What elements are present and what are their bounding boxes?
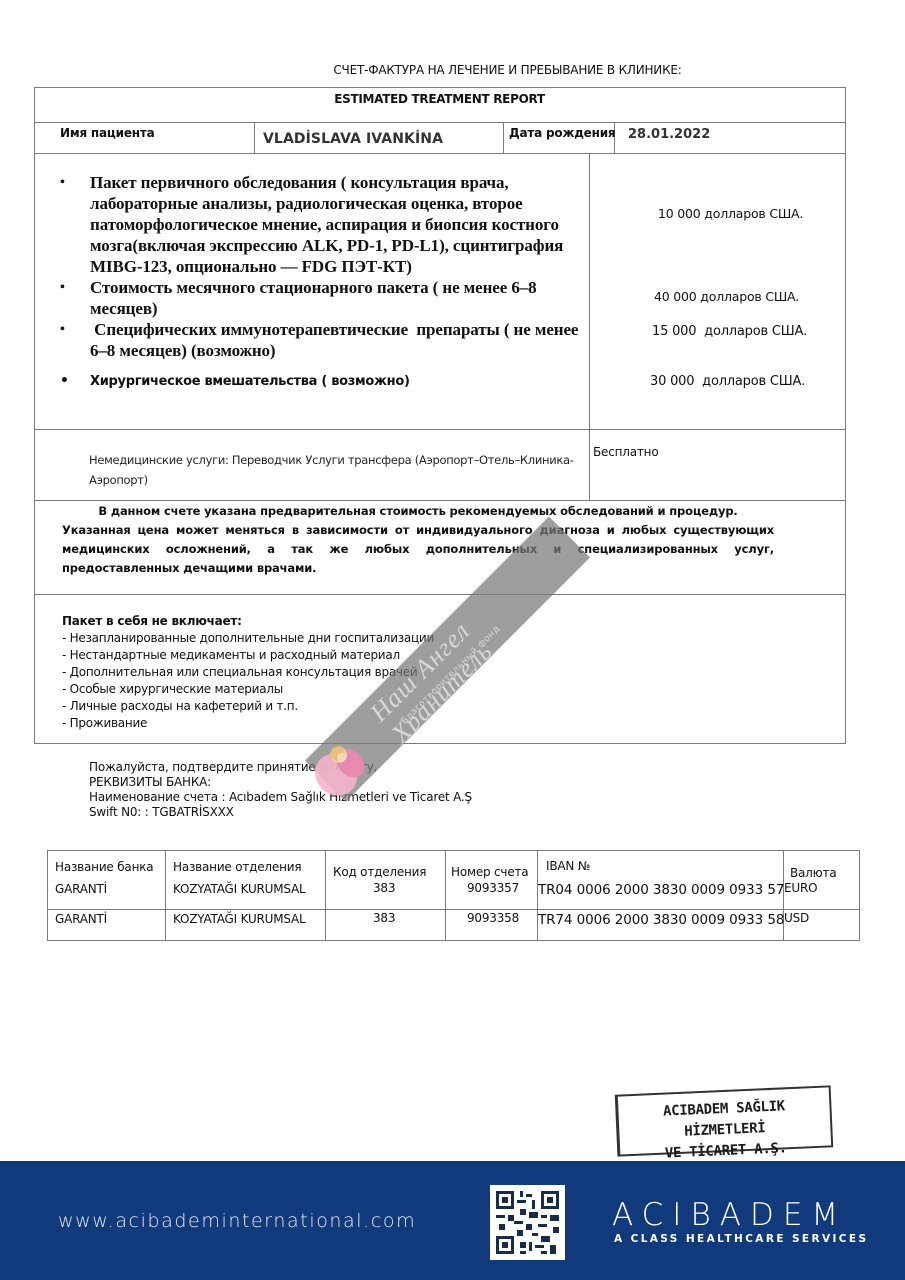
- bank-table: Название банка Название отделения Код от…: [47, 850, 860, 940]
- qr-code-graphic: [490, 1185, 565, 1260]
- disclaimer-rest: Указанная цена может меняться в зависимо…: [62, 523, 774, 575]
- table-divider: [589, 153, 590, 500]
- bank-heading: РЕКВИЗИТЫ БАНКА:: [89, 775, 472, 790]
- table-divider: [34, 500, 846, 501]
- exclusion-item: - Особые хирургические материалы: [62, 681, 434, 698]
- exclusion-item: - Нестандартные медикаменты и расходный …: [62, 647, 434, 664]
- bank-cell: EURO: [784, 881, 817, 895]
- exclusions: Пакет в себя не включает: - Незапланиров…: [62, 613, 434, 732]
- non-medical-services: Немедицинские услуги: Переводчик Услуги …: [89, 450, 579, 490]
- bank-cell: GARANTİ: [55, 912, 107, 926]
- non-medical-price: Бесплатно: [593, 445, 658, 459]
- bank-info: Пожалуйста, подтвердите принятие и оплат…: [89, 760, 472, 820]
- bank-table-divider: [165, 850, 166, 941]
- bank-table-header: Номер счета: [451, 865, 528, 879]
- account-name: Наименование счета : Acıbadem Sağlık Hiz…: [89, 790, 472, 805]
- bank-cell-iban: TR04 0006 2000 3830 0009 0933 57: [538, 882, 784, 898]
- bank-cell: KOZYATAĞI KURUMSAL: [173, 912, 306, 926]
- table-divider: [34, 153, 846, 154]
- service-item: Стоимость месячного стационарного пакета…: [60, 277, 582, 319]
- bank-cell: KOZYATAĞI KURUMSAL: [173, 882, 306, 896]
- bank-table-border: [47, 940, 860, 941]
- bank-table-header: Код отделения: [333, 865, 426, 879]
- exclusion-item: - Незапланированные дополнительные дни г…: [62, 630, 434, 647]
- table-border-top: [34, 87, 846, 88]
- bank-table-divider: [445, 850, 446, 941]
- exclusion-item: - Проживание: [62, 715, 434, 732]
- table-border-left: [34, 87, 35, 744]
- disclaimer: В данном счете указана предварительная с…: [62, 502, 774, 578]
- patient-name-label: Имя пациента: [60, 126, 155, 140]
- services-list: Пакет первичного обследования ( консульт…: [60, 172, 582, 392]
- bank-cell: 9093357: [467, 881, 519, 895]
- bank-table-header: IBAN №: [546, 859, 590, 873]
- dob-label: Дата рождения: [509, 126, 615, 140]
- dob-value: 28.01.2022: [628, 127, 710, 142]
- table-divider: [503, 122, 504, 153]
- service-item: Хирургическое вмешательства ( возможно): [60, 371, 582, 392]
- patient-name: VLADİSLAVA IVANKİNA: [263, 131, 443, 147]
- confirm-text: Пожалуйста, подтвердите принятие и оплат…: [89, 760, 472, 775]
- service-price: 15 000 долларов США.: [652, 324, 807, 339]
- disclaimer-line1: В данном счете указана предварительная с…: [62, 502, 774, 521]
- exclusions-heading: Пакет в себя не включает:: [62, 613, 434, 630]
- table-divider: [34, 594, 846, 595]
- exclusion-item: - Дополнительная или специальная консуль…: [62, 664, 434, 681]
- report-title: ESTIMATED TREATMENT REPORT: [34, 92, 845, 106]
- service-price: 40 000 долларов США.: [654, 289, 799, 304]
- bank-cell: 383: [373, 881, 395, 895]
- bank-table-header: Название отделения: [173, 860, 301, 874]
- bank-cell-iban: TR74 0006 2000 3830 0009 0933 58: [538, 912, 784, 928]
- bank-table-border: [859, 850, 860, 941]
- table-divider: [34, 429, 846, 430]
- document-title: СЧЕТ-ФАКТУРА НА ЛЕЧЕНИЕ И ПРЕБЫВАНИЕ В К…: [0, 63, 905, 77]
- acibadem-logo: ACIBADEM: [612, 1197, 847, 1233]
- table-border-bottom: [34, 743, 846, 744]
- service-price: 10 000 долларов США.: [658, 206, 803, 221]
- bank-table-divider: [325, 850, 326, 941]
- qr-code-icon: [490, 1185, 565, 1260]
- exclusion-item: - Личные расходы на кафетерий и т.п.: [62, 698, 434, 715]
- bank-table-header: Название банка: [55, 860, 153, 874]
- bank-cell: USD: [784, 911, 809, 925]
- swift-code: Swift N0: : TGBATRİSXXX: [89, 805, 472, 820]
- table-divider: [254, 122, 255, 153]
- bank-table-border: [47, 850, 860, 851]
- bank-table-divider: [47, 909, 860, 910]
- bank-cell: 9093358: [467, 911, 519, 925]
- table-border-right: [845, 87, 846, 744]
- service-item: Специфических иммунотерапевтические преп…: [60, 319, 582, 361]
- bank-cell: GARANTİ: [55, 882, 107, 896]
- website-link[interactable]: www.acibademinternational.com: [58, 1210, 416, 1232]
- company-stamp: ACIBADEM SAĞLIK HİZMETLERİ VE TİCARET A.…: [615, 1085, 833, 1156]
- acibadem-tagline: A CLASS HEALTHCARE SERVICES: [614, 1233, 868, 1245]
- service-price: 30 000 долларов США.: [650, 374, 805, 389]
- service-item: Пакет первичного обследования ( консульт…: [60, 172, 582, 277]
- bank-table-header: Валюта: [790, 866, 837, 880]
- table-divider: [34, 122, 846, 123]
- bank-cell: 383: [373, 911, 395, 925]
- bank-table-border: [47, 850, 48, 941]
